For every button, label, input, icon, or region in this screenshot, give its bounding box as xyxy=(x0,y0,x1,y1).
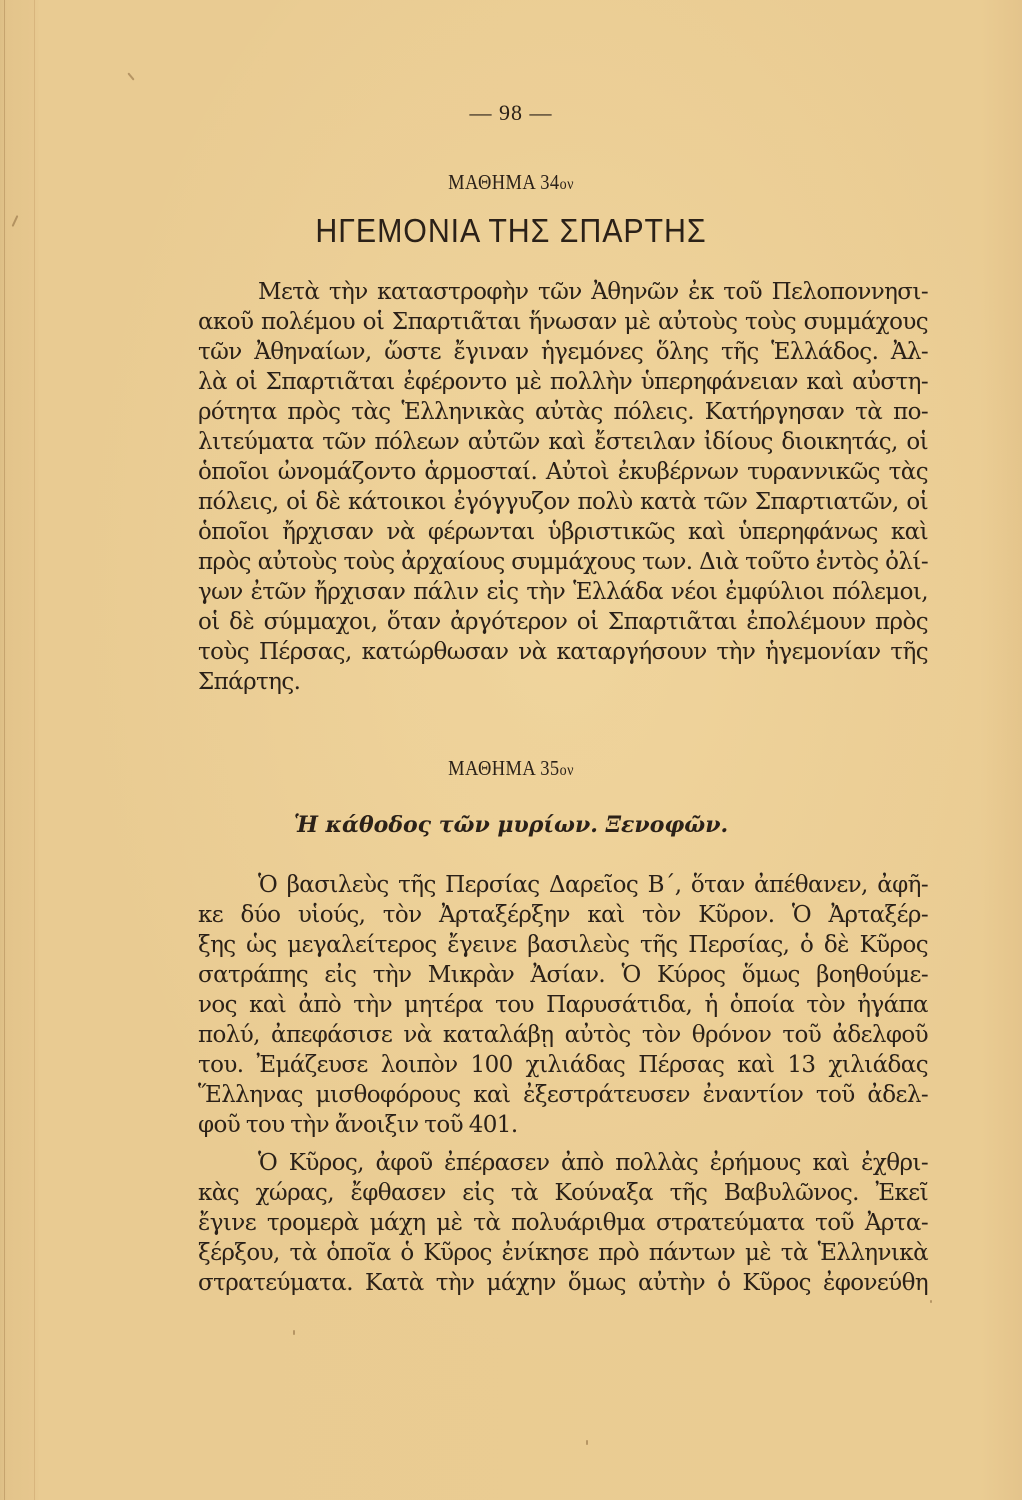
scanned-book-page: — 98 — ΜΑΘΗΜΑ 34ον ΗΓΕΜΟΝΙΑ ΤΗΣ ΣΠΑΡΤΗΣ … xyxy=(0,0,1022,1500)
text-line: Ὁ Κῦρος, ἀφοῦ ἐπέρασεν ἀπὸ πολλὰς ἐρήμου… xyxy=(198,1148,928,1178)
text-line: ὁποῖοι ὠνομάζοντο ἁρμοσταί. Αὐτοὶ ἐκυβέρ… xyxy=(198,457,928,487)
text-line: γων ἐτῶν ἤρχισαν πάλιν εἰς τὴν Ἑλλάδα νέ… xyxy=(198,577,928,607)
lesson-34-heading-text: ΜΑΘΗΜΑ 34 xyxy=(448,170,560,194)
text-line: Σπάρτης. xyxy=(198,667,928,697)
lesson-35-heading: ΜΑΘΗΜΑ 35ον xyxy=(61,756,960,781)
lesson-35-heading-suffix: ον xyxy=(560,762,574,779)
text-line: στρατεύματα. Κατὰ τὴν μάχην ὅμως αὐτὴν ὁ… xyxy=(198,1268,928,1298)
lesson-34-heading: ΜΑΘΗΜΑ 34ον xyxy=(61,170,960,195)
page-number: — 98 — xyxy=(0,100,1022,126)
text-line: πολύ, ἀπεφάσισε νὰ καταλάβῃ αὐτὸς τὸν θρ… xyxy=(198,1020,928,1050)
text-line: ξης ὡς μεγαλείτερος ἔγεινε βασιλεὺς τῆς … xyxy=(198,930,928,960)
text-line: Ὁ βασιλεὺς τῆς Περσίας Δαρεῖος Β΄, ὅταν … xyxy=(198,870,928,900)
lesson-35-paragraph-2: Ὁ Κῦρος, ἀφοῦ ἐπέρασεν ἀπὸ πολλὰς ἐρήμου… xyxy=(198,1148,928,1298)
paper-speck xyxy=(586,1440,588,1445)
lesson-34-heading-suffix: ον xyxy=(560,176,574,193)
paper-speck xyxy=(293,1330,295,1335)
text-line: ρότητα πρὸς τὰς Ἑλληνικὰς αὐτὰς πόλεις. … xyxy=(198,397,928,427)
paper-speck xyxy=(127,72,134,80)
text-line: τῶν Ἀθηναίων, ὥστε ἔγιναν ἡγεμόνες ὅλης … xyxy=(198,337,928,367)
text-line: σατράπης εἰς τὴν Μικρὰν Ἀσίαν. Ὁ Κύρος ὅ… xyxy=(198,960,928,990)
paper-speck xyxy=(12,215,19,227)
lesson-35-subtitle: Ἡ κάθοδος τῶν μυρίων. Ξενοφῶν. xyxy=(0,812,1022,838)
text-line: κε δύο υἱούς, τὸν Ἀρταξέρξην καὶ τὸν Κῦρ… xyxy=(198,900,928,930)
text-line: ξέρξου, τὰ ὁποῖα ὁ Κῦρος ἐνίκησε πρὸ πάν… xyxy=(198,1238,928,1268)
text-line: φοῦ του τὴν ἄνοιξιν τοῦ 401. xyxy=(198,1110,928,1140)
text-line: ακοῦ πολέμου οἱ Σπαρτιᾶται ἥνωσαν μὲ αὐτ… xyxy=(198,307,928,337)
page-fold-line xyxy=(34,0,35,1500)
text-line: λὰ οἱ Σπαρτιᾶται ἐφέροντο μὲ πολλὴν ὑπερ… xyxy=(198,367,928,397)
paper-speck xyxy=(930,1300,932,1303)
text-line: οἱ δὲ σύμμαχοι, ὅταν ἀργότερον οἱ Σπαρτι… xyxy=(198,607,928,637)
text-line: νος καὶ ἀπὸ τὴν μητέρα του Παρυσάτιδα, ἡ… xyxy=(198,990,928,1020)
text-line: πρὸς αὐτοὺς τοὺς ἀρχαίους συμμάχους των.… xyxy=(198,547,928,577)
lesson-34-paragraph-1: Μετὰ τὴν καταστροφὴν τῶν Ἀθηνῶν ἐκ τοῦ Π… xyxy=(198,277,928,697)
text-line: του. Ἐμάζευσε λοιπὸν 100 χιλιάδας Πέρσας… xyxy=(198,1050,928,1080)
text-line: πόλεις, οἱ δὲ κάτοικοι ἐγόγγυζον πολὺ κα… xyxy=(198,487,928,517)
text-line: λιτεύματα τῶν πόλεων αὐτῶν καὶ ἔστειλαν … xyxy=(198,427,928,457)
text-line: Ἕλληνας μισθοφόρους καὶ ἐξεστράτευσεν ἐν… xyxy=(198,1080,928,1110)
lesson-35-heading-text: ΜΑΘΗΜΑ 35 xyxy=(448,756,560,780)
text-line: ἔγινε τρομερὰ μάχη μὲ τὰ πολυάριθμα στρα… xyxy=(198,1208,928,1238)
text-line: κὰς χώρας, ἔφθασεν εἰς τὰ Κούναξα τῆς Βα… xyxy=(198,1178,928,1208)
lesson-35-paragraph-1: Ὁ βασιλεὺς τῆς Περσίας Δαρεῖος Β΄, ὅταν … xyxy=(198,870,928,1140)
lesson-34-title: ΗΓΕΜΟΝΙΑ ΤΗΣ ΣΠΑΡΤΗΣ xyxy=(41,212,981,250)
page-binding-edge xyxy=(4,0,5,1500)
text-line: ὁποῖοι ἤρχισαν νὰ φέρωνται ὑβριστικῶς κα… xyxy=(198,517,928,547)
text-line: Μετὰ τὴν καταστροφὴν τῶν Ἀθηνῶν ἐκ τοῦ Π… xyxy=(198,277,928,307)
text-line: τοὺς Πέρσας, κατώρθωσαν νὰ καταργήσουν τ… xyxy=(198,637,928,667)
